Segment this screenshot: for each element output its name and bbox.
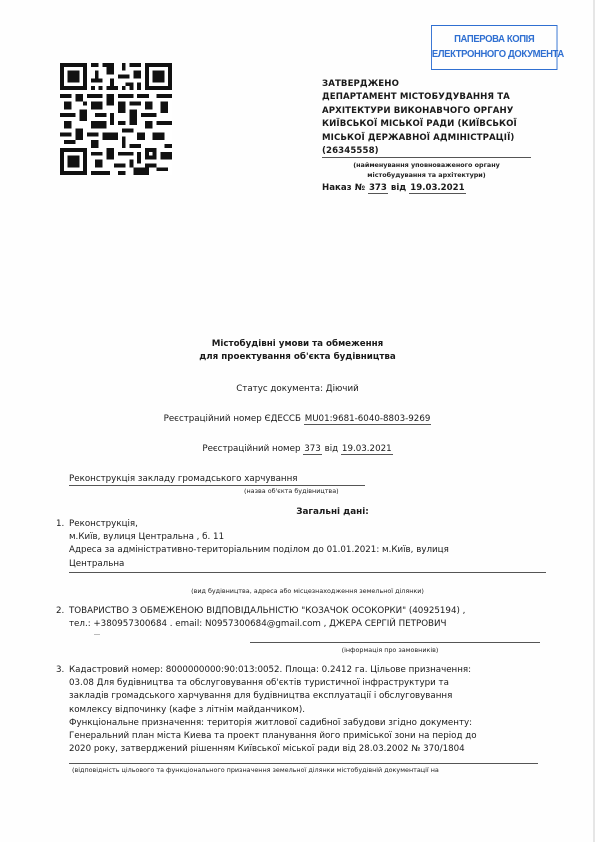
item-line: м.Київ, вулиця Центральна , б. 11 [69,531,546,544]
edessb-number: MU01:9681-6040-8803-9269 [304,414,432,425]
approval-caption: (найменування уповноваженого органу міст… [322,160,531,180]
approval-block: ЗАТВЕРДЖЕНО ДЕПАРТАМЕНТ МІСТОБУДУВАННЯ Т… [322,78,542,158]
list-item: 2. ТОВАРИСТВО З ОБМЕЖЕНОЮ ВІДПОВІДАЛЬНІС… [56,605,556,631]
status-label: Статус документа: [236,384,323,394]
edessb-label: Реєстраційний номер ЄДЕССБ [164,414,301,424]
stamp-line-1: ПАПЕРОВА КОПІЯ [432,32,557,47]
registration-number: Реєстраційний номер 373 від 19.03.2021 [0,444,595,454]
paper-copy-stamp: ПАПЕРОВА КОПІЯ ЕЛЕКТРОННОГО ДОКУМЕНТА [431,25,557,70]
approval-divider [322,157,531,158]
general-data-heading: Загальні дані: [0,507,595,517]
registration-from: від [325,444,339,454]
stamp-line-2: ЕЛЕКТРОННОГО ДОКУМЕНТА [432,47,557,62]
item-body: ТОВАРИСТВО З ОБМЕЖЕНОЮ ВІДПОВІДАЛЬНІСТЮ … [69,605,556,631]
item-number: 2. [56,605,64,618]
item-line: Кадастровий номер: 8000000000:90:013:005… [69,664,546,677]
document-page: ПАПЕРОВА КОПІЯ ЕЛЕКТРОННОГО ДОКУМЕНТА [0,0,595,842]
list-item: 3. Кадастровий номер: 8000000000:90:013:… [56,664,556,756]
order-number: 373 [368,183,388,194]
item-line: ТОВАРИСТВО З ОБМЕЖЕНОЮ ВІДПОВІДАЛЬНІСТЮ … [69,605,556,618]
approval-caption-line-2: містобудування та архітектури) [322,170,531,180]
item-line: 03.08 Для будівництва та обслуговування … [69,677,546,690]
qr-code-icon [60,63,172,175]
object-name-caption: (назва об'єкта будівництва) [244,487,339,495]
approval-line: МІСЬКОЇ ДЕРЖАВНОЇ АДМІНІСТРАЦІЇ) [322,132,542,145]
item-caption: (відповідність цільового та функціональн… [72,766,439,774]
item-divider [250,642,540,643]
order-from: від [391,183,406,193]
item-line: закладів громадського харчування для буд… [69,690,546,703]
status-value: Діючий [326,384,359,394]
item-line: Генеральний план міста Киева та проект п… [69,730,546,743]
item-body: Реконструкція, м.Київ, вулиця Центральна… [69,518,546,573]
item-number: 1. [56,518,64,531]
document-status: Статус документа: Діючий [0,384,595,394]
item-divider [69,763,538,764]
scan-artifact [94,634,100,635]
list-item: 1. Реконструкція, м.Київ, вулиця Централ… [56,518,556,573]
approval-line: КИЇВСЬКОЇ МІСЬКОЇ РАДИ (КИЇВСЬКОЇ [322,118,542,131]
approval-caption-line-1: (найменування уповноваженого органу [322,160,531,170]
item-line: комлексу відпочинку (кафе з літнім майда… [69,704,546,717]
order-line: Наказ № 373 від 19.03.2021 [322,183,466,193]
item-caption: (вид будівництва, адреса або місцезнаход… [0,587,595,595]
item-caption: (інформація про замовників) [260,646,520,654]
order-prefix: Наказ № [322,183,365,193]
item-line: тел.: +380957300684 . email: N0957300684… [69,618,556,631]
item-line: Центральна [69,558,546,571]
registration-date: 19.03.2021 [341,444,393,455]
registration-value: 373 [303,444,322,455]
order-date: 19.03.2021 [409,183,465,194]
item-body: Кадастровий номер: 8000000000:90:013:005… [69,664,546,756]
document-title-line-2: для проектування об'єкта будівництва [0,352,595,362]
approval-line: ДЕПАРТАМЕНТ МІСТОБУДУВАННЯ ТА [322,91,542,104]
item-line: Функціональне призначення: територія жит… [69,717,546,730]
item-number: 3. [56,664,64,677]
item-line: Адреса за адміністративно-територіальним… [69,544,546,557]
approval-line: ЗАТВЕРДЖЕНО [322,78,542,91]
registration-label: Реєстраційний номер [202,444,300,454]
approval-line: АРХІТЕКТУРИ ВИКОНАВЧОГО ОРГАНУ [322,105,542,118]
item-line: Реконструкція, [69,518,546,531]
document-title-line-1: Містобудівні умови та обмеження [0,339,595,349]
object-name: Реконструкція закладу громадського харчу… [69,474,365,486]
edessb-registration: Реєстраційний номер ЄДЕССБ MU01:9681-604… [0,414,595,424]
item-line: 2020 року, затверджений рішенням Київськ… [69,743,546,756]
